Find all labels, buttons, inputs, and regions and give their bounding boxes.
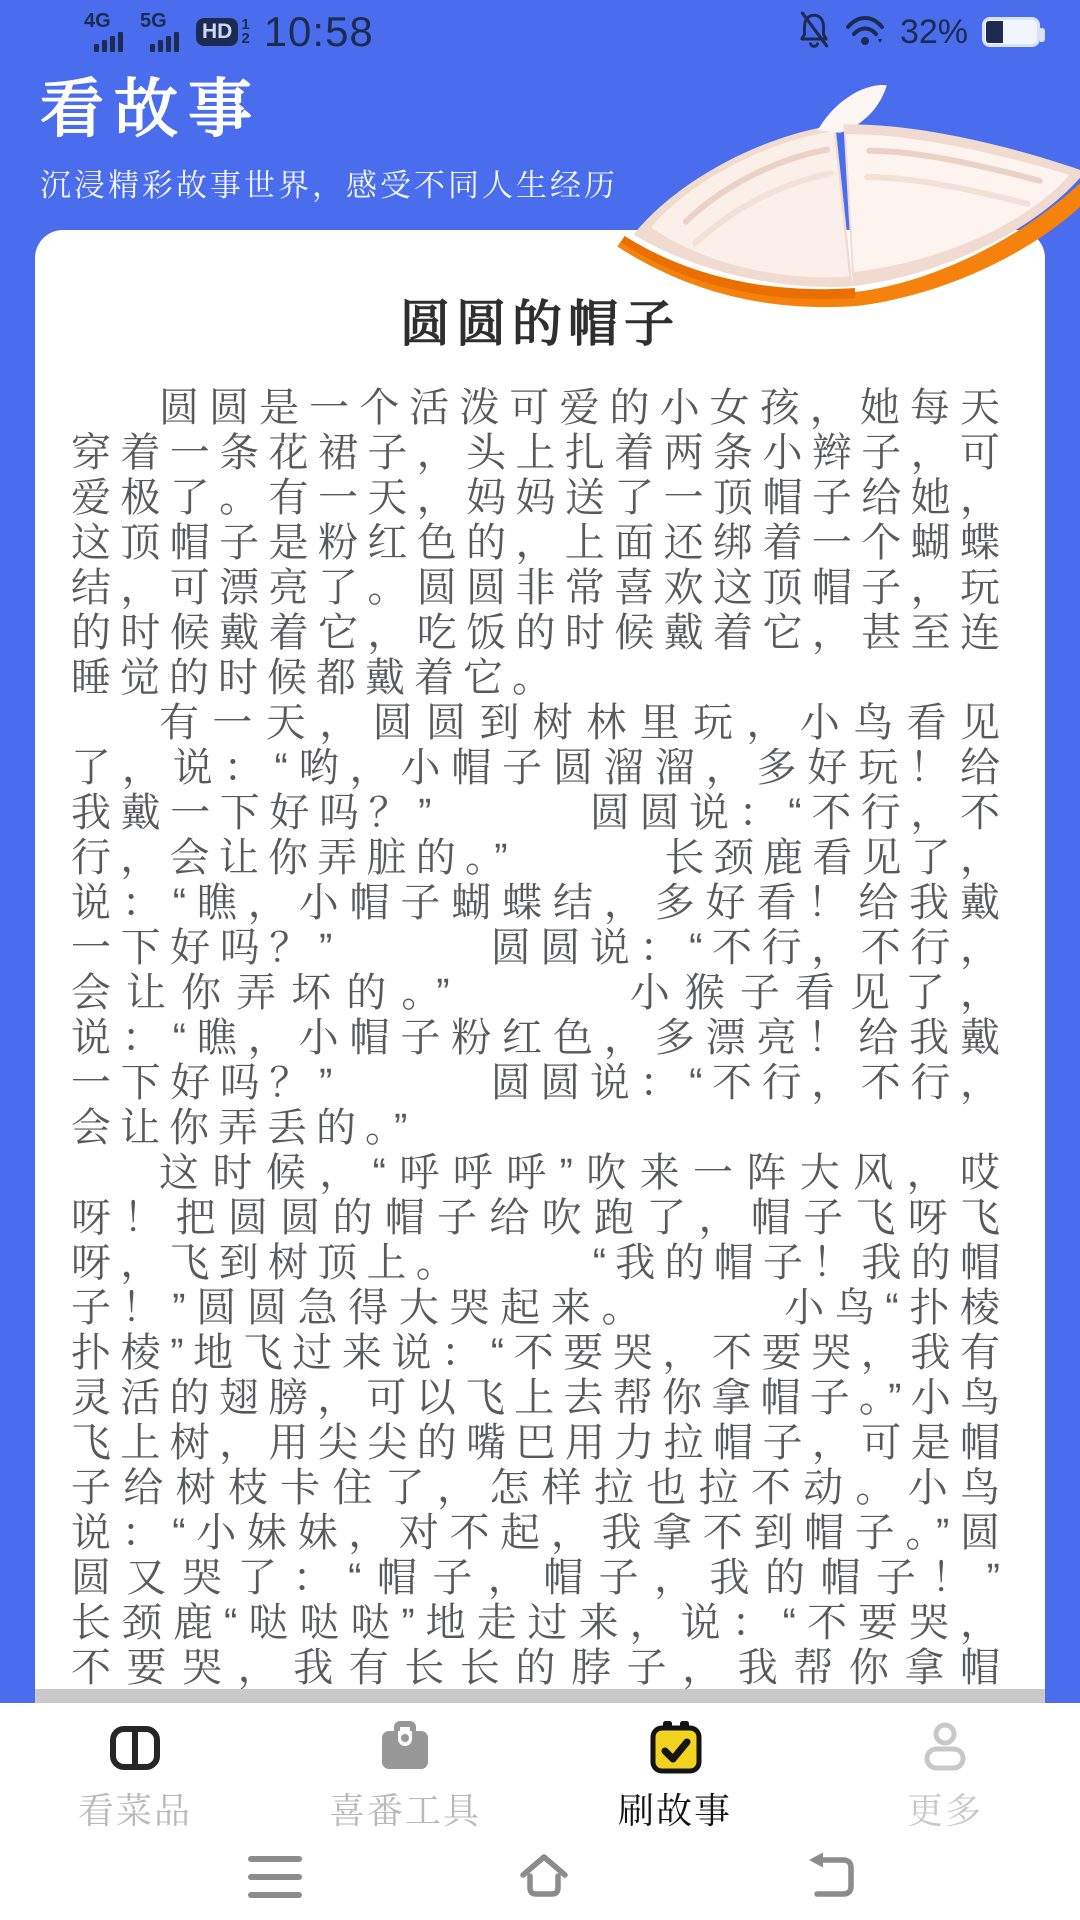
tab-label: 更多 <box>907 1783 983 1834</box>
recent-apps-button[interactable] <box>215 1833 335 1920</box>
hd-sim-numbers: 1 2 <box>241 18 249 46</box>
page-title: 看故事 <box>40 58 262 150</box>
tab-label: 看菜品 <box>78 1783 192 1834</box>
story-paragraph: 这时候，“呼呼呼”吹来一阵大风，哎呀！把圆圆的帽子给吹跑了，帽子飞呀飞呀，飞到树… <box>71 1151 1009 1703</box>
tab-stories-active[interactable]: 刷故事 <box>540 1703 810 1833</box>
signal-5g: 5G <box>140 12 182 52</box>
status-bar: 4G 5G HD 1 2 10:58 <box>0 0 1080 58</box>
story-paragraph: 圆圆是一个活泼可爱的小女孩，她每天穿着一条花裙子，头上扎着两条小辫子，可爱极了。… <box>71 386 1009 701</box>
toolbox-icon <box>375 1719 435 1777</box>
menu-icon <box>248 1856 302 1898</box>
sim-number-bottom: 2 <box>241 32 249 46</box>
clipped-text-strip <box>35 1689 1045 1703</box>
back-button[interactable] <box>772 1833 892 1920</box>
signal-bars-icon <box>150 32 182 52</box>
battery-nub <box>1040 28 1045 42</box>
menu-book-icon <box>105 1719 165 1777</box>
hd-badge: HD <box>196 18 238 46</box>
story-body[interactable]: 圆圆是一个活泼可爱的小女孩，她每天穿着一条花裙子，头上扎着两条小辫子，可爱极了。… <box>71 386 1009 1703</box>
signal-4g: 4G <box>84 12 126 52</box>
tab-more[interactable]: 更多 <box>810 1703 1080 1833</box>
tab-bar: 看菜品 喜番工具 刷故事 <box>0 1703 1080 1833</box>
tab-label: 刷故事 <box>618 1783 732 1834</box>
page-subtitle: 沉浸精彩故事世界，感受不同人生经历 <box>40 160 618 205</box>
profile-icon <box>915 1719 975 1777</box>
tab-tools[interactable]: 喜番工具 <box>270 1703 540 1833</box>
system-nav-bar <box>0 1833 1080 1920</box>
battery-icon <box>982 17 1040 47</box>
home-button[interactable] <box>484 1833 604 1920</box>
open-book-illustration <box>592 70 1080 315</box>
tab-label: 喜番工具 <box>329 1783 481 1834</box>
signal-bars-icon <box>94 32 126 52</box>
wifi-icon <box>844 13 886 52</box>
hd-volte-icon: HD 1 2 <box>196 18 250 46</box>
network-4g-label: 4G <box>84 12 111 30</box>
back-icon <box>805 1850 859 1903</box>
story-card: 圆圆的帽子 圆圆是一个活泼可爱的小女孩，她每天穿着一条花裙子，头上扎着两条小辫子… <box>35 230 1045 1703</box>
home-icon <box>516 1850 572 1903</box>
status-time: 10:58 <box>264 8 374 56</box>
status-left-cluster: 4G 5G HD 1 2 10:58 <box>84 8 374 56</box>
network-5g-label: 5G <box>140 12 167 30</box>
story-paragraph: 有一天，圆圆到树林里玩，小鸟看见了，说：“哟，小帽子圆溜溜，多好玩！给我戴一下好… <box>71 701 1009 1151</box>
bell-muted-icon <box>798 11 830 54</box>
tab-dishes[interactable]: 看菜品 <box>0 1703 270 1833</box>
battery-percent: 32% <box>900 13 968 52</box>
story-clipboard-icon <box>645 1719 705 1777</box>
battery-fill-level <box>986 21 1003 43</box>
status-right-cluster: 32% <box>798 11 1040 54</box>
app-screen: 4G 5G HD 1 2 10:58 <box>0 0 1080 1920</box>
